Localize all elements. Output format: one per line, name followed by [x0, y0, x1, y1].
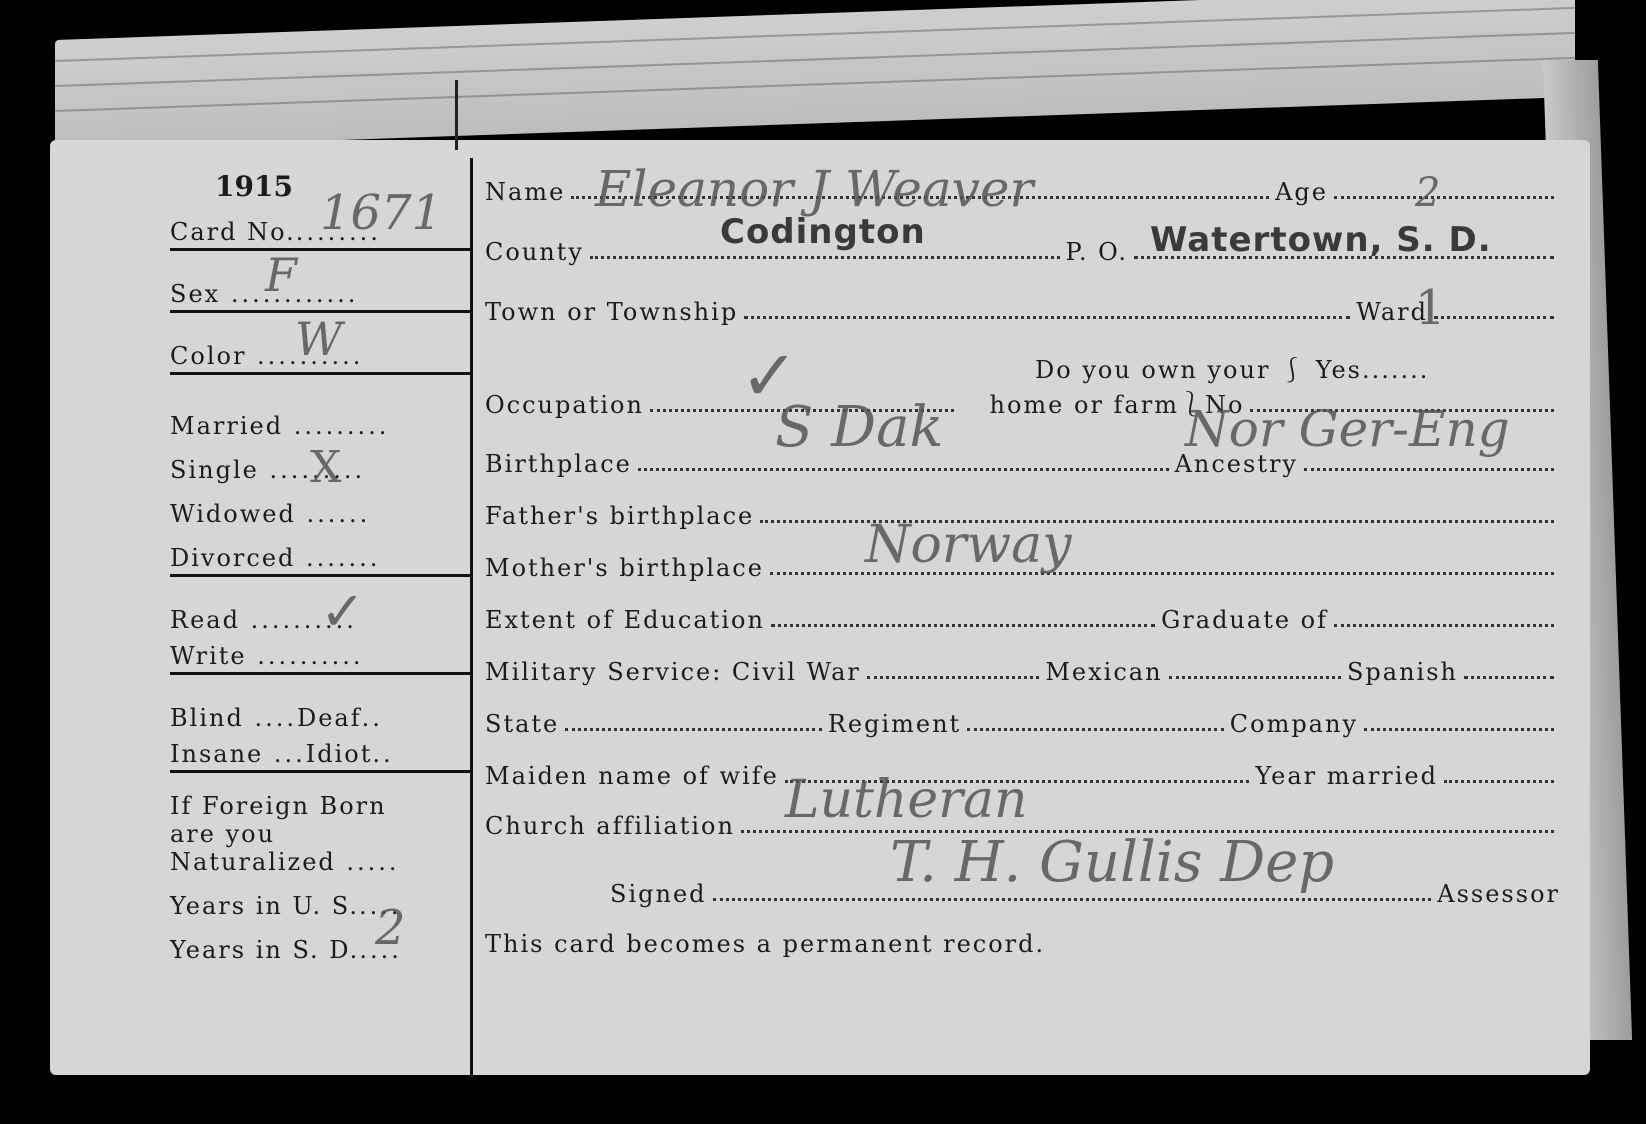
column-divider [470, 158, 473, 1078]
birthplace-value: S Dak [775, 395, 943, 460]
field-write: Write .......... [170, 642, 364, 670]
state-label: State [485, 710, 559, 738]
age-label: Age [1275, 178, 1328, 206]
rule [170, 248, 470, 251]
ancestry-value: Nor Ger-Eng [1185, 400, 1510, 458]
church-label: Church affiliation [485, 812, 735, 840]
mother-birthplace-value: Norway [865, 515, 1072, 575]
assessor-label: Assessor [1437, 880, 1560, 908]
spanish-label: Spanish [1347, 658, 1458, 686]
years-sd-value: 2 [375, 900, 406, 956]
card-tab-mark [455, 80, 458, 150]
occupation-label: Occupation [485, 391, 644, 419]
po-stamp: Watertown, S. D. [1150, 220, 1492, 260]
education-label: Extent of Education [485, 606, 765, 634]
read-check: ✓ [320, 580, 365, 643]
field-foreign-born: If Foreign Born [170, 792, 387, 820]
field-widowed: Widowed ...... [170, 500, 370, 528]
field-blind-deaf: Blind ....Deaf.. [170, 704, 383, 732]
footer-note: This card becomes a permanent record. [485, 930, 1560, 958]
name-label: Name [485, 178, 565, 206]
color-value: W [295, 312, 342, 366]
rule [170, 672, 470, 675]
row-state-regiment: State Regiment Company [485, 710, 1560, 738]
field-insane-idiot: Insane ...Idiot.. [170, 740, 394, 768]
rule [170, 770, 470, 773]
county-stamp: Codington [720, 212, 926, 252]
own-home-question: Do you own your ⎰ Yes....... [1035, 350, 1560, 385]
age-value: 2 [1415, 170, 1440, 216]
card-no-value: 1671 [320, 185, 442, 241]
birthplace-label: Birthplace [485, 450, 632, 478]
mexican-label: Mexican [1045, 658, 1162, 686]
maiden-name-label: Maiden name of wife [485, 762, 779, 790]
military-label: Military Service: Civil War [485, 658, 861, 686]
year-married-label: Year married [1255, 762, 1438, 790]
field-years-sd: Years in S. D..... [170, 936, 402, 964]
mother-birthplace-label: Mother's birthplace [485, 554, 764, 582]
graduate-label: Graduate of [1161, 606, 1328, 634]
field-married: Married ......... [170, 412, 389, 440]
rule [170, 574, 470, 577]
sex-value: F [265, 248, 297, 302]
field-are-you: are you [170, 820, 275, 848]
row-town-ward: Town or Township Ward [485, 298, 1560, 326]
card-year: 1915 [215, 170, 293, 203]
field-divorced: Divorced ....... [170, 544, 380, 572]
county-label: County [485, 238, 584, 266]
assessor-signature: T. H. Gullis Dep [890, 830, 1334, 895]
town-label: Town or Township [485, 298, 738, 326]
row-education: Extent of Education Graduate of [485, 606, 1560, 634]
row-military: Military Service: Civil War Mexican Span… [485, 658, 1560, 686]
po-label: P. O. [1066, 238, 1128, 266]
rule [170, 372, 470, 375]
name-value: Eleanor J Weaver [595, 160, 1033, 218]
company-label: Company [1230, 710, 1358, 738]
church-value: Lutheran [785, 770, 1028, 830]
card-stack-top-edge [55, 0, 1575, 150]
field-naturalized: Naturalized ..... [170, 848, 400, 876]
field-years-us: Years in U. S..... [170, 892, 401, 920]
father-birthplace-label: Father's birthplace [485, 502, 754, 530]
census-card: 1915 Card No......... 1671 Sex .........… [50, 140, 1590, 1075]
ward-value: 1 [1415, 280, 1446, 336]
single-mark: X [310, 442, 341, 493]
regiment-label: Regiment [828, 710, 961, 738]
signed-label: Signed [610, 880, 707, 908]
